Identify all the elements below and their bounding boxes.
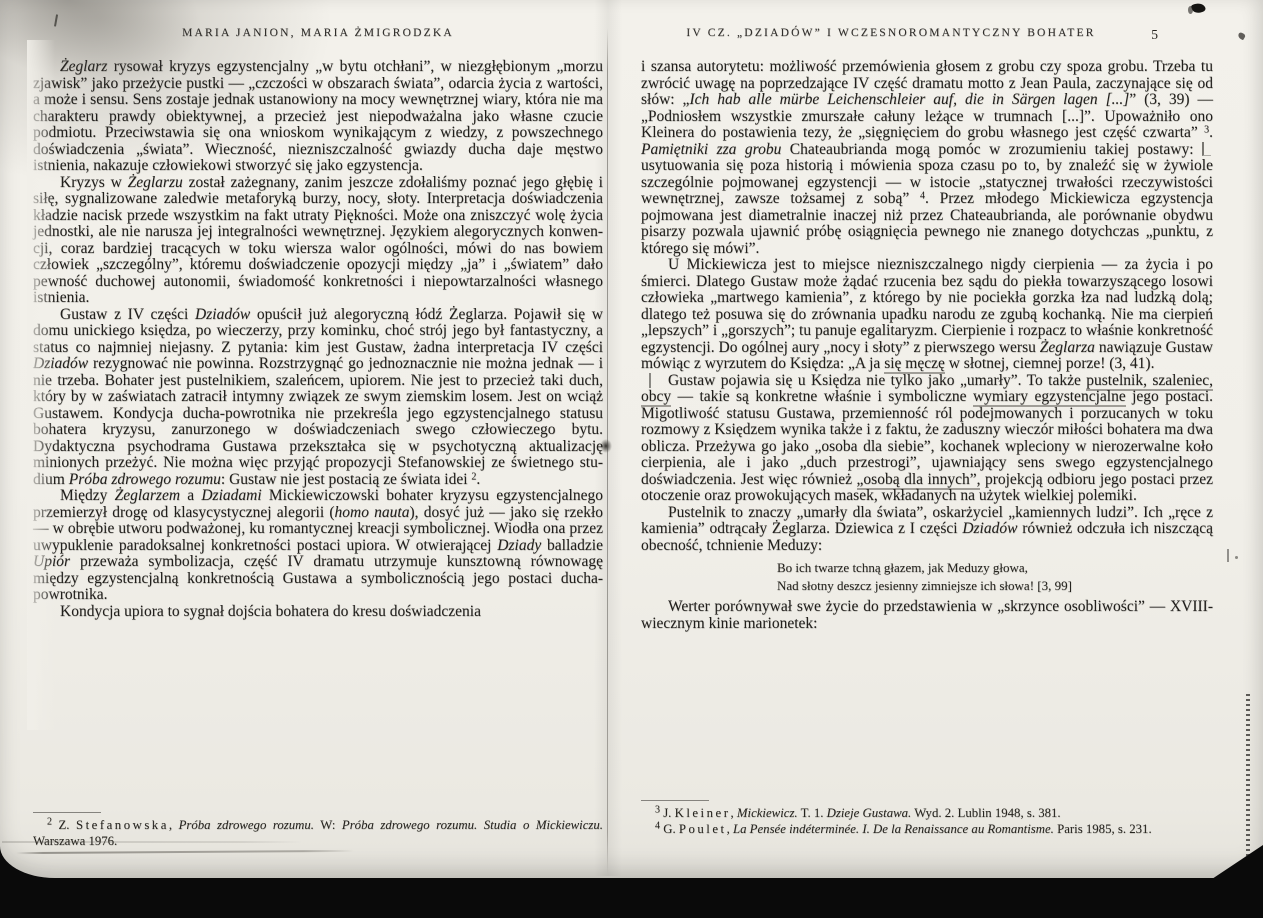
paper: MARIA JANION, MARIA ŻMIGRODZKA Żeglarz r… [0, 0, 1263, 878]
paragraph: 2 Z. Stefanowska, Próba zdrowego rozumu.… [33, 818, 603, 849]
page-gutter-line [607, 28, 608, 874]
paragraph: Pustelnik to znaczy „umarły dla świata”,… [641, 505, 1213, 555]
pencil-annotation-mark [649, 373, 651, 388]
paragraph: Między Żeglarzem a Dziadami Mickiewiczow… [33, 488, 603, 604]
paragraph: i szansa autorytetu: możliwość przemówie… [641, 59, 1213, 257]
adjacent-page-edge-print [1246, 694, 1250, 856]
pencil-margin-mark [1227, 549, 1234, 562]
scan-blot-top-right [1191, 1, 1207, 15]
paragraph: Gustaw z IV części Dziadów opuścił już a… [33, 307, 603, 489]
paragraph: Żeglarz rysował kryzys egzystencjalny „w… [33, 59, 603, 175]
verse-quote: Bo ich twarze tchną głazem, jak Meduzy g… [777, 559, 1213, 594]
footnote-separator [33, 812, 101, 813]
page-left: MARIA JANION, MARIA ŻMIGRODZKA Żeglarz r… [33, 18, 603, 876]
left-running-head: MARIA JANION, MARIA ŻMIGRODZKA [33, 27, 603, 39]
scan-blot-top-right-2 [1188, 6, 1193, 14]
paragraph: Kryzys w Żeglarzu został zażegnany, zani… [33, 175, 603, 307]
footnote-separator [641, 800, 709, 801]
footnote-list: 2 Z. Stefanowska, Próba zdrowego rozumu.… [33, 818, 603, 849]
paragraph: 4 G. Poulet, La Pensée indéterminée. I. … [641, 822, 1213, 838]
left-page-footnotes: 2 Z. Stefanowska, Próba zdrowego rozumu.… [33, 812, 603, 849]
paragraph: Gustaw pojawia się u Księdza nie tylko j… [641, 373, 1213, 505]
paragraph: 3 J. Kleiner, Mickiewicz. T. 1. Dzieje G… [641, 806, 1213, 822]
left-page-body: Żeglarz rysował kryzys egzystencjalny „w… [33, 59, 603, 620]
right-running-head-row: IV CZ. „DZIADÓW” I WCZESNOROMANTYCZNY BO… [641, 27, 1213, 45]
left-running-head-row: MARIA JANION, MARIA ŻMIGRODZKA [33, 27, 603, 45]
right-running-head: IV CZ. „DZIADÓW” I WCZESNOROMANTYCZNY BO… [641, 27, 1213, 39]
verse-line: Bo ich twarze tchną głazem, jak Meduzy g… [777, 559, 1213, 577]
page-right: IV CZ. „DZIADÓW” I WCZESNOROMANTYCZNY BO… [641, 18, 1213, 876]
scan-speck-top-right [1237, 32, 1246, 41]
pencil-margin-dot [1235, 556, 1238, 559]
pencil-annotation-mark [1202, 142, 1211, 156]
paragraph: Kondycja upiora to sygnał dojścia bohate… [33, 604, 603, 621]
verse-line: Nad słotny deszcz jesienny zimniejsze ic… [777, 577, 1213, 595]
paragraph: Werter porównywał swe życie do przedstaw… [641, 599, 1213, 632]
paragraph: U Mickiewicza jest to miejsce niezniszcz… [641, 257, 1213, 373]
scanned-book-spread: { "colors":{"paper":"#f1efe9","ink":"#21… [0, 0, 1263, 918]
right-page-body: i szansa autorytetu: możliwość przemówie… [641, 59, 1213, 632]
right-page-footnotes: 3 J. Kleiner, Mickiewicz. T. 1. Dzieje G… [641, 800, 1213, 837]
footnote-list: 3 J. Kleiner, Mickiewicz. T. 1. Dzieje G… [641, 806, 1213, 837]
page-number: 5 [1151, 27, 1158, 43]
